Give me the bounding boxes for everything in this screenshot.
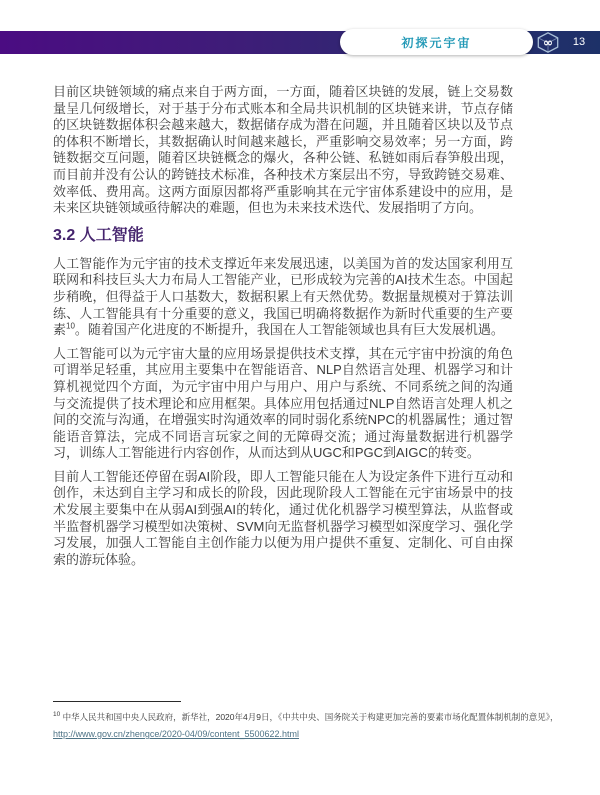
paragraph-ai-development: 人工智能作为元宇宙的技术支撑近年来发展迅速，以美国为首的发达国家利用互联网和科技… [53, 256, 513, 339]
footnote-link[interactable]: http://www.gov.cn/zhengce/2020-04/09/con… [53, 729, 299, 739]
header-bar: 初探元宇宙 ∞ 13 [0, 31, 600, 54]
paragraph-ai-applications: 人工智能可以为元宇宙大量的应用场景提供技术支撑，其在元宇宙中扮演的角色可谓举足轻… [53, 346, 513, 462]
document-page: 初探元宇宙 ∞ 13 目前区块链领域的痛点来自于两方面，一方面，随着区块链的发展… [0, 0, 600, 795]
paragraph-ai-development-tail: 。随着国产化进度的不断提升，我国在人工智能领域也具有巨大发展机遇。 [75, 322, 504, 337]
footnote-area: 10 中华人民共和国中央人民政府，新华社，2020年4月9日，《中共中央、国务院… [53, 701, 553, 742]
page-number: 13 [566, 31, 592, 54]
section-heading-ai: 3.2 人工智能 [53, 224, 513, 248]
chapter-title-pill: 初探元宇宙 [340, 29, 533, 55]
paragraph-blockchain-painpoints: 目前区块链领域的痛点来自于两方面，一方面，随着区块链的发展，链上交易数量呈几何级… [53, 84, 513, 217]
svg-text:∞: ∞ [543, 36, 553, 50]
footnote-text: 10 中华人民共和国中央人民政府，新华社，2020年4月9日，《中共中央、国务院… [53, 710, 553, 724]
paragraph-weak-ai: 目前人工智能还停留在弱AI阶段，即人工智能只能在人为设定条件下进行互动和创作，未… [53, 469, 513, 569]
footnote-citation: 中华人民共和国中央人民政府，新华社，2020年4月9日，《中共中央、国务院关于构… [60, 712, 558, 722]
chapter-title: 初探元宇宙 [401, 34, 471, 51]
page-content: 目前区块链领域的痛点来自于两方面，一方面，随着区块链的发展，链上交易数量呈几何级… [53, 84, 513, 575]
footnote-ref-10[interactable]: 10 [66, 322, 75, 331]
footnote-divider [53, 701, 181, 702]
cube-infinity-icon: ∞ [536, 31, 560, 54]
